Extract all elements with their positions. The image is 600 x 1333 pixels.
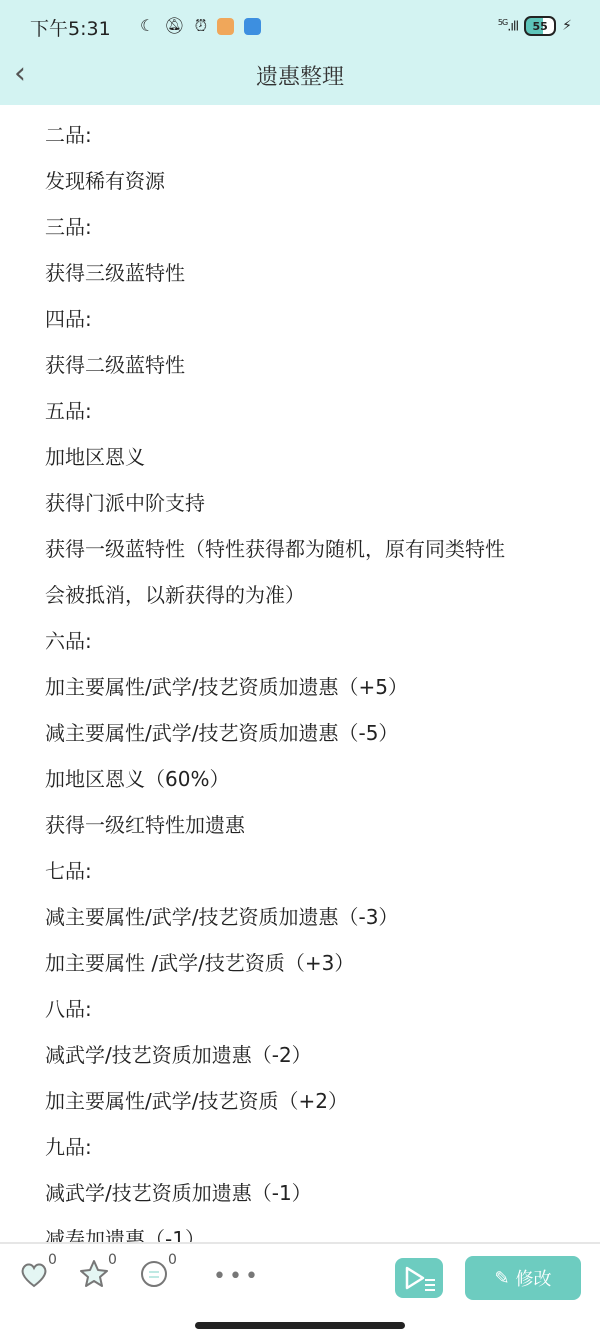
more-options-button[interactable]: ••• <box>213 1264 261 1289</box>
edit-label: 修改 <box>516 1265 552 1291</box>
text-line: 四品: <box>45 296 575 342</box>
app-notification-icon <box>244 18 261 35</box>
edit-icon: ✎ <box>494 1268 509 1289</box>
charging-icon: ⚡︎ <box>562 18 572 34</box>
text-line: 会被抵消，以新获得的为准） <box>45 572 575 618</box>
text-line: 获得一级蓝特性（特性获得都为随机，原有同类特性 <box>45 526 575 572</box>
text-line: 加主要属性 /武学/技艺资质（+3） <box>45 940 575 986</box>
top-bar: 下午5:31 ☾ 🔕︎ ⏰︎ 5G.ıll 55 ⚡︎ ‹ 遗惠整理 <box>0 0 600 105</box>
status-time: 下午5:31 <box>30 14 111 41</box>
bottom-action-bar: 0 0 0 ••• ✎ 修改 <box>0 1242 600 1333</box>
text-line: 八品: <box>45 986 575 1032</box>
nav-bar: ‹ 遗惠整理 <box>0 50 600 100</box>
text-line: 减主要属性/武学/技艺资质加遗惠（-3） <box>45 894 575 940</box>
status-bar: 下午5:31 ☾ 🔕︎ ⏰︎ 5G.ıll 55 ⚡︎ <box>0 10 600 44</box>
text-line: 三品: <box>45 204 575 250</box>
text-line: 二品: <box>45 112 575 158</box>
edit-button[interactable]: ✎ 修改 <box>465 1256 581 1300</box>
signal-icon: 5G.ıll <box>498 18 518 34</box>
like-count: 0 <box>48 1252 57 1268</box>
status-right: 5G.ıll 55 ⚡︎ <box>498 16 572 36</box>
like-button[interactable]: 0 <box>18 1258 50 1294</box>
text-line: 发现稀有资源 <box>45 158 575 204</box>
text-line: 七品: <box>45 848 575 894</box>
text-line: 获得二级蓝特性 <box>45 342 575 388</box>
battery-icon: 55 <box>524 16 556 36</box>
battery-level: 55 <box>533 20 548 33</box>
alarm-icon: ⏰︎ <box>195 16 207 36</box>
text-line: 获得三级蓝特性 <box>45 250 575 296</box>
text-line: 九品: <box>45 1124 575 1170</box>
comment-count: 0 <box>168 1252 177 1268</box>
star-icon <box>78 1258 110 1290</box>
text-line: 五品: <box>45 388 575 434</box>
text-line: 六品: <box>45 618 575 664</box>
play-button[interactable] <box>395 1258 443 1298</box>
text-line: 减武学/技艺资质加遗惠（-1） <box>45 1170 575 1216</box>
play-list-icon <box>395 1258 443 1298</box>
text-line: 加地区恩义（60%） <box>45 756 575 802</box>
text-line: 获得门派中阶支持 <box>45 480 575 526</box>
heart-icon <box>18 1258 50 1290</box>
comment-button[interactable]: 0 <box>138 1258 170 1294</box>
text-line: 减武学/技艺资质加遗惠（-2） <box>45 1032 575 1078</box>
text-line: 减主要属性/武学/技艺资质加遗惠（-5） <box>45 710 575 756</box>
article-content: 二品: 发现稀有资源 三品: 获得三级蓝特性 四品: 获得二级蓝特性 五品: 加… <box>45 112 575 1262</box>
status-icons: ☾ 🔕︎ ⏰︎ <box>140 16 261 36</box>
text-line: 加主要属性/武学/技艺资质（+2） <box>45 1078 575 1124</box>
mute-bell-icon: 🔕︎ <box>164 16 184 36</box>
favorite-button[interactable]: 0 <box>78 1258 110 1294</box>
moon-icon: ☾ <box>140 16 154 36</box>
page-title: 遗惠整理 <box>0 60 600 91</box>
text-line: 加主要属性/武学/技艺资质加遗惠（+5） <box>45 664 575 710</box>
home-indicator[interactable] <box>195 1322 405 1329</box>
comment-icon <box>138 1258 170 1290</box>
app-notification-icon <box>217 18 234 35</box>
text-line: 加地区恩义 <box>45 434 575 480</box>
text-line: 获得一级红特性加遗惠 <box>45 802 575 848</box>
favorite-count: 0 <box>108 1252 117 1268</box>
